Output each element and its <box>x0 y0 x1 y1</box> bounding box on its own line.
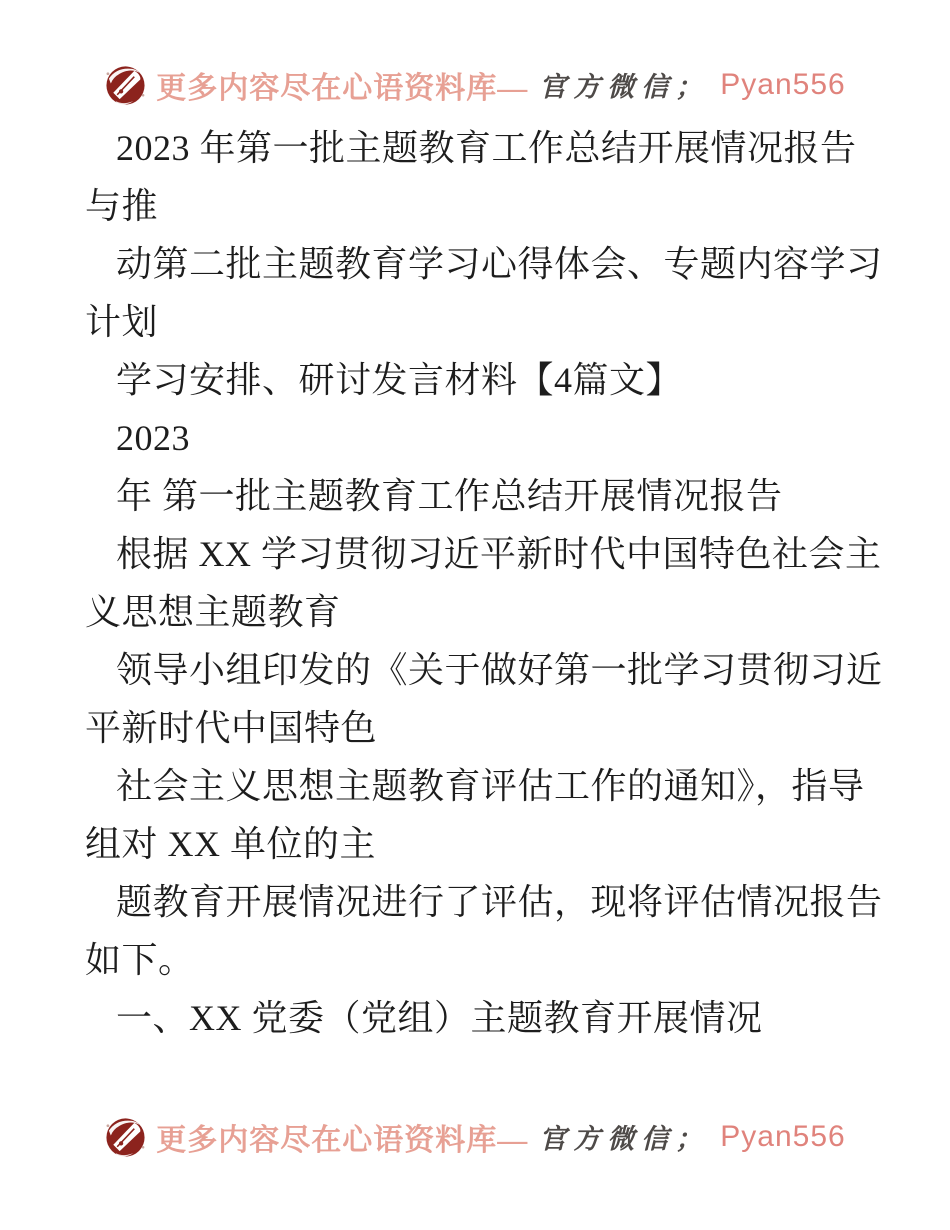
text-line: 领导小组印发的《关于做好第一批学习贯彻习近 <box>85 641 915 699</box>
text-line: 学习安排、研讨发言材料【4篇文】 <box>85 351 915 409</box>
text-line: 2023 年第一批主题教育工作总结开展情况报告 <box>85 119 915 177</box>
document-body: 2023 年第一批主题教育工作总结开展情况报告与推动第二批主题教育学习心得体会、… <box>85 119 915 1047</box>
text-line: 计划 <box>85 293 915 351</box>
text-line: 义思想主题教育 <box>85 583 915 641</box>
text-line: 2023 <box>85 409 915 467</box>
text-line: 一、XX 党委（党组）主题教育开展情况 <box>85 989 915 1047</box>
document-page: 更多内容尽在心语资料库—官方微信；Pyan556 2023 年第一批主题教育工作… <box>0 0 950 1230</box>
text-line: 平新时代中国特色 <box>85 699 915 757</box>
text-line: 根据 XX 学习贯彻习近平新时代中国特色社会主 <box>85 525 915 583</box>
watermark-wechat-label: 官方微信； <box>539 1117 709 1156</box>
watermark-brand-text: 更多内容尽在心语资料库— <box>156 1115 528 1159</box>
watermark-footer: 更多内容尽在心语资料库—官方微信；Pyan556 <box>0 1114 950 1159</box>
pen-circle-logo-icon <box>104 1114 147 1159</box>
text-line: 与推 <box>85 177 915 235</box>
text-line: 动第二批主题教育学习心得体会、专题内容学习 <box>85 235 915 293</box>
text-line: 组对 XX 单位的主 <box>85 815 915 873</box>
watermark-wechat-label: 官方微信； <box>539 65 709 104</box>
watermark-wechat-id: Pyan556 <box>720 68 845 102</box>
watermark-wechat-id: Pyan556 <box>720 1120 845 1154</box>
watermark-header: 更多内容尽在心语资料库—官方微信；Pyan556 <box>0 62 950 107</box>
watermark-brand-text: 更多内容尽在心语资料库— <box>156 63 528 107</box>
pen-circle-logo-icon <box>104 62 147 107</box>
text-line: 年 第一批主题教育工作总结开展情况报告 <box>85 467 915 525</box>
text-line: 题教育开展情况进行了评估，现将评估情况报告 <box>85 873 915 931</box>
text-line: 如下。 <box>85 931 915 989</box>
text-line: 社会主义思想主题教育评估工作的通知》，指导 <box>85 757 915 815</box>
